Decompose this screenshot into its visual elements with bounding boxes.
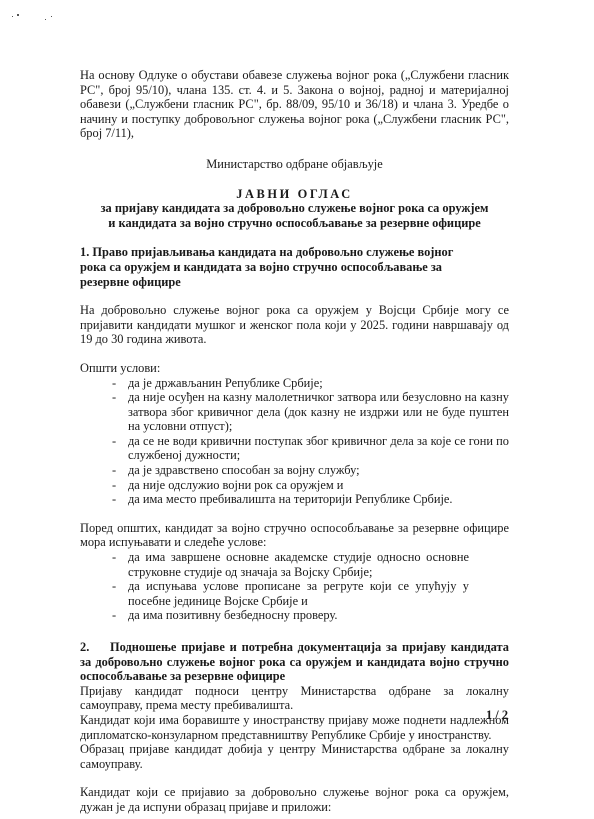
general-conditions-label: Општи услови: xyxy=(80,361,509,376)
condition-text: да није одслужио војни рок са оружјем и xyxy=(128,478,343,492)
condition-item: -да има позитивну безбедносну проверу. xyxy=(128,608,469,623)
document-page: На основу Одлуке о обустави обавезе служ… xyxy=(80,68,509,815)
bullet-dash: - xyxy=(112,463,116,478)
section-2-number: 2. xyxy=(80,640,110,655)
document-title: ЈАВНИ ОГЛАС xyxy=(80,187,509,202)
reserve-officer-conditions-list: -да има завршене основне академске студи… xyxy=(80,550,509,623)
bullet-dash: - xyxy=(112,376,116,391)
condition-text: да се не води кривични поступак због кри… xyxy=(128,434,509,463)
bullet-dash: - xyxy=(112,478,116,493)
condition-text: да има место пребивалишта на територији … xyxy=(128,492,453,506)
bullet-dash: - xyxy=(112,579,116,594)
reserve-officer-conditions-label: Поред општих, кандидат за војно стручно … xyxy=(80,521,509,550)
bullet-dash: - xyxy=(112,550,116,565)
section-1-eligibility-paragraph: На добровољно служење војног рока са ору… xyxy=(80,303,509,347)
ministry-announcement: Министарство одбране објављује xyxy=(80,157,509,172)
general-conditions-list: -да је држављанин Републике Србије;-да н… xyxy=(80,376,509,507)
condition-item: -да има место пребивалишта на територији… xyxy=(128,492,509,507)
bullet-dash: - xyxy=(112,608,116,623)
condition-text: да је држављанин Републике Србије; xyxy=(128,376,323,390)
condition-item: -да је држављанин Републике Србије; xyxy=(128,376,509,391)
bullet-dash: - xyxy=(112,434,116,449)
document-subtitle-line-2: и кандидата за војно стручно оспособљава… xyxy=(80,216,509,231)
condition-item: -да је здравствено способан за војну слу… xyxy=(128,463,509,478)
condition-item: -да испуњава услове прописане за регруте… xyxy=(128,579,469,608)
condition-item: -да се не води кривични поступак због кр… xyxy=(128,434,509,463)
condition-text: да испуњава услове прописане за регруте … xyxy=(128,579,469,608)
document-subtitle-line-1: за пријаву кандидата за добровољно служе… xyxy=(80,201,509,216)
condition-text: да је здравствено способан за војну служ… xyxy=(128,463,360,477)
section-2-paragraph-4: Кандидат који се пријавио за добровољно … xyxy=(80,785,509,814)
section-2-paragraph-1: Пријаву кандидат подноси центру Министар… xyxy=(80,684,509,713)
section-2-paragraph-2: Кандидат који има боравиште у иностранст… xyxy=(80,713,509,742)
page-number: 1 / 2 xyxy=(486,708,508,723)
legal-basis-paragraph: На основу Одлуке о обустави обавезе служ… xyxy=(80,68,509,141)
condition-item: -да није осуђен на казну малолетничког з… xyxy=(128,390,509,434)
section-1-heading: 1. Право пријављивања кандидата на добро… xyxy=(80,245,509,289)
section-2-heading: 2.Подношење пријаве и потребна документа… xyxy=(80,640,509,684)
condition-item: -да има завршене основне академске студи… xyxy=(128,550,469,579)
condition-text: да има завршене основне академске студиј… xyxy=(128,550,469,579)
condition-item: -да није одслужио војни рок са оружјем и xyxy=(128,478,509,493)
bullet-dash: - xyxy=(112,390,116,405)
bullet-dash: - xyxy=(112,492,116,507)
section-2-paragraph-3: Образац пријаве кандидат добија у центру… xyxy=(80,742,509,771)
condition-text: да има позитивну безбедносну проверу. xyxy=(128,608,337,622)
condition-text: да није осуђен на казну малолетничког за… xyxy=(128,390,509,433)
section-2-heading-text: Подношење пријаве и потребна документаци… xyxy=(80,640,509,683)
